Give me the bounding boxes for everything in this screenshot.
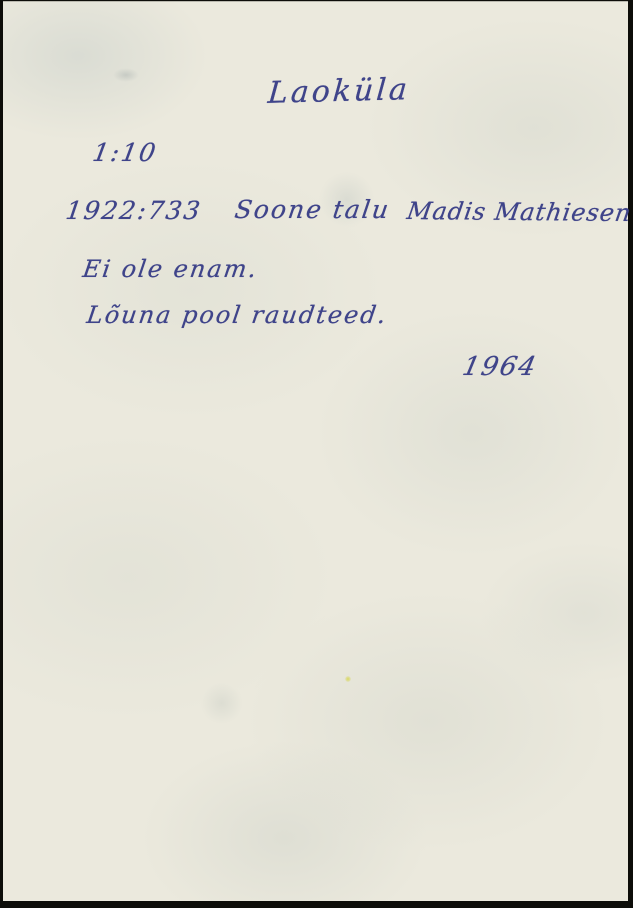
archive-reference: 1922:733 (64, 196, 204, 225)
place-name-title: Laoküla (267, 72, 412, 111)
farm-name: Soone talu (233, 195, 392, 224)
paper-smudge (113, 68, 139, 82)
person-name: Madis Mathiesen (405, 197, 633, 227)
scale-note: 1:10 (90, 138, 159, 167)
note-line-2: Lõuna pool raudteed. (85, 301, 389, 329)
year-note: 1964 (460, 352, 541, 382)
paper: Laoküla 1:10 1922:733 Soone talu Madis M… (3, 1, 628, 901)
note-line-1: Ei ole enam. (81, 255, 260, 283)
paper-speck (345, 676, 351, 682)
scanned-card: Laoküla 1:10 1922:733 Soone talu Madis M… (0, 0, 633, 908)
